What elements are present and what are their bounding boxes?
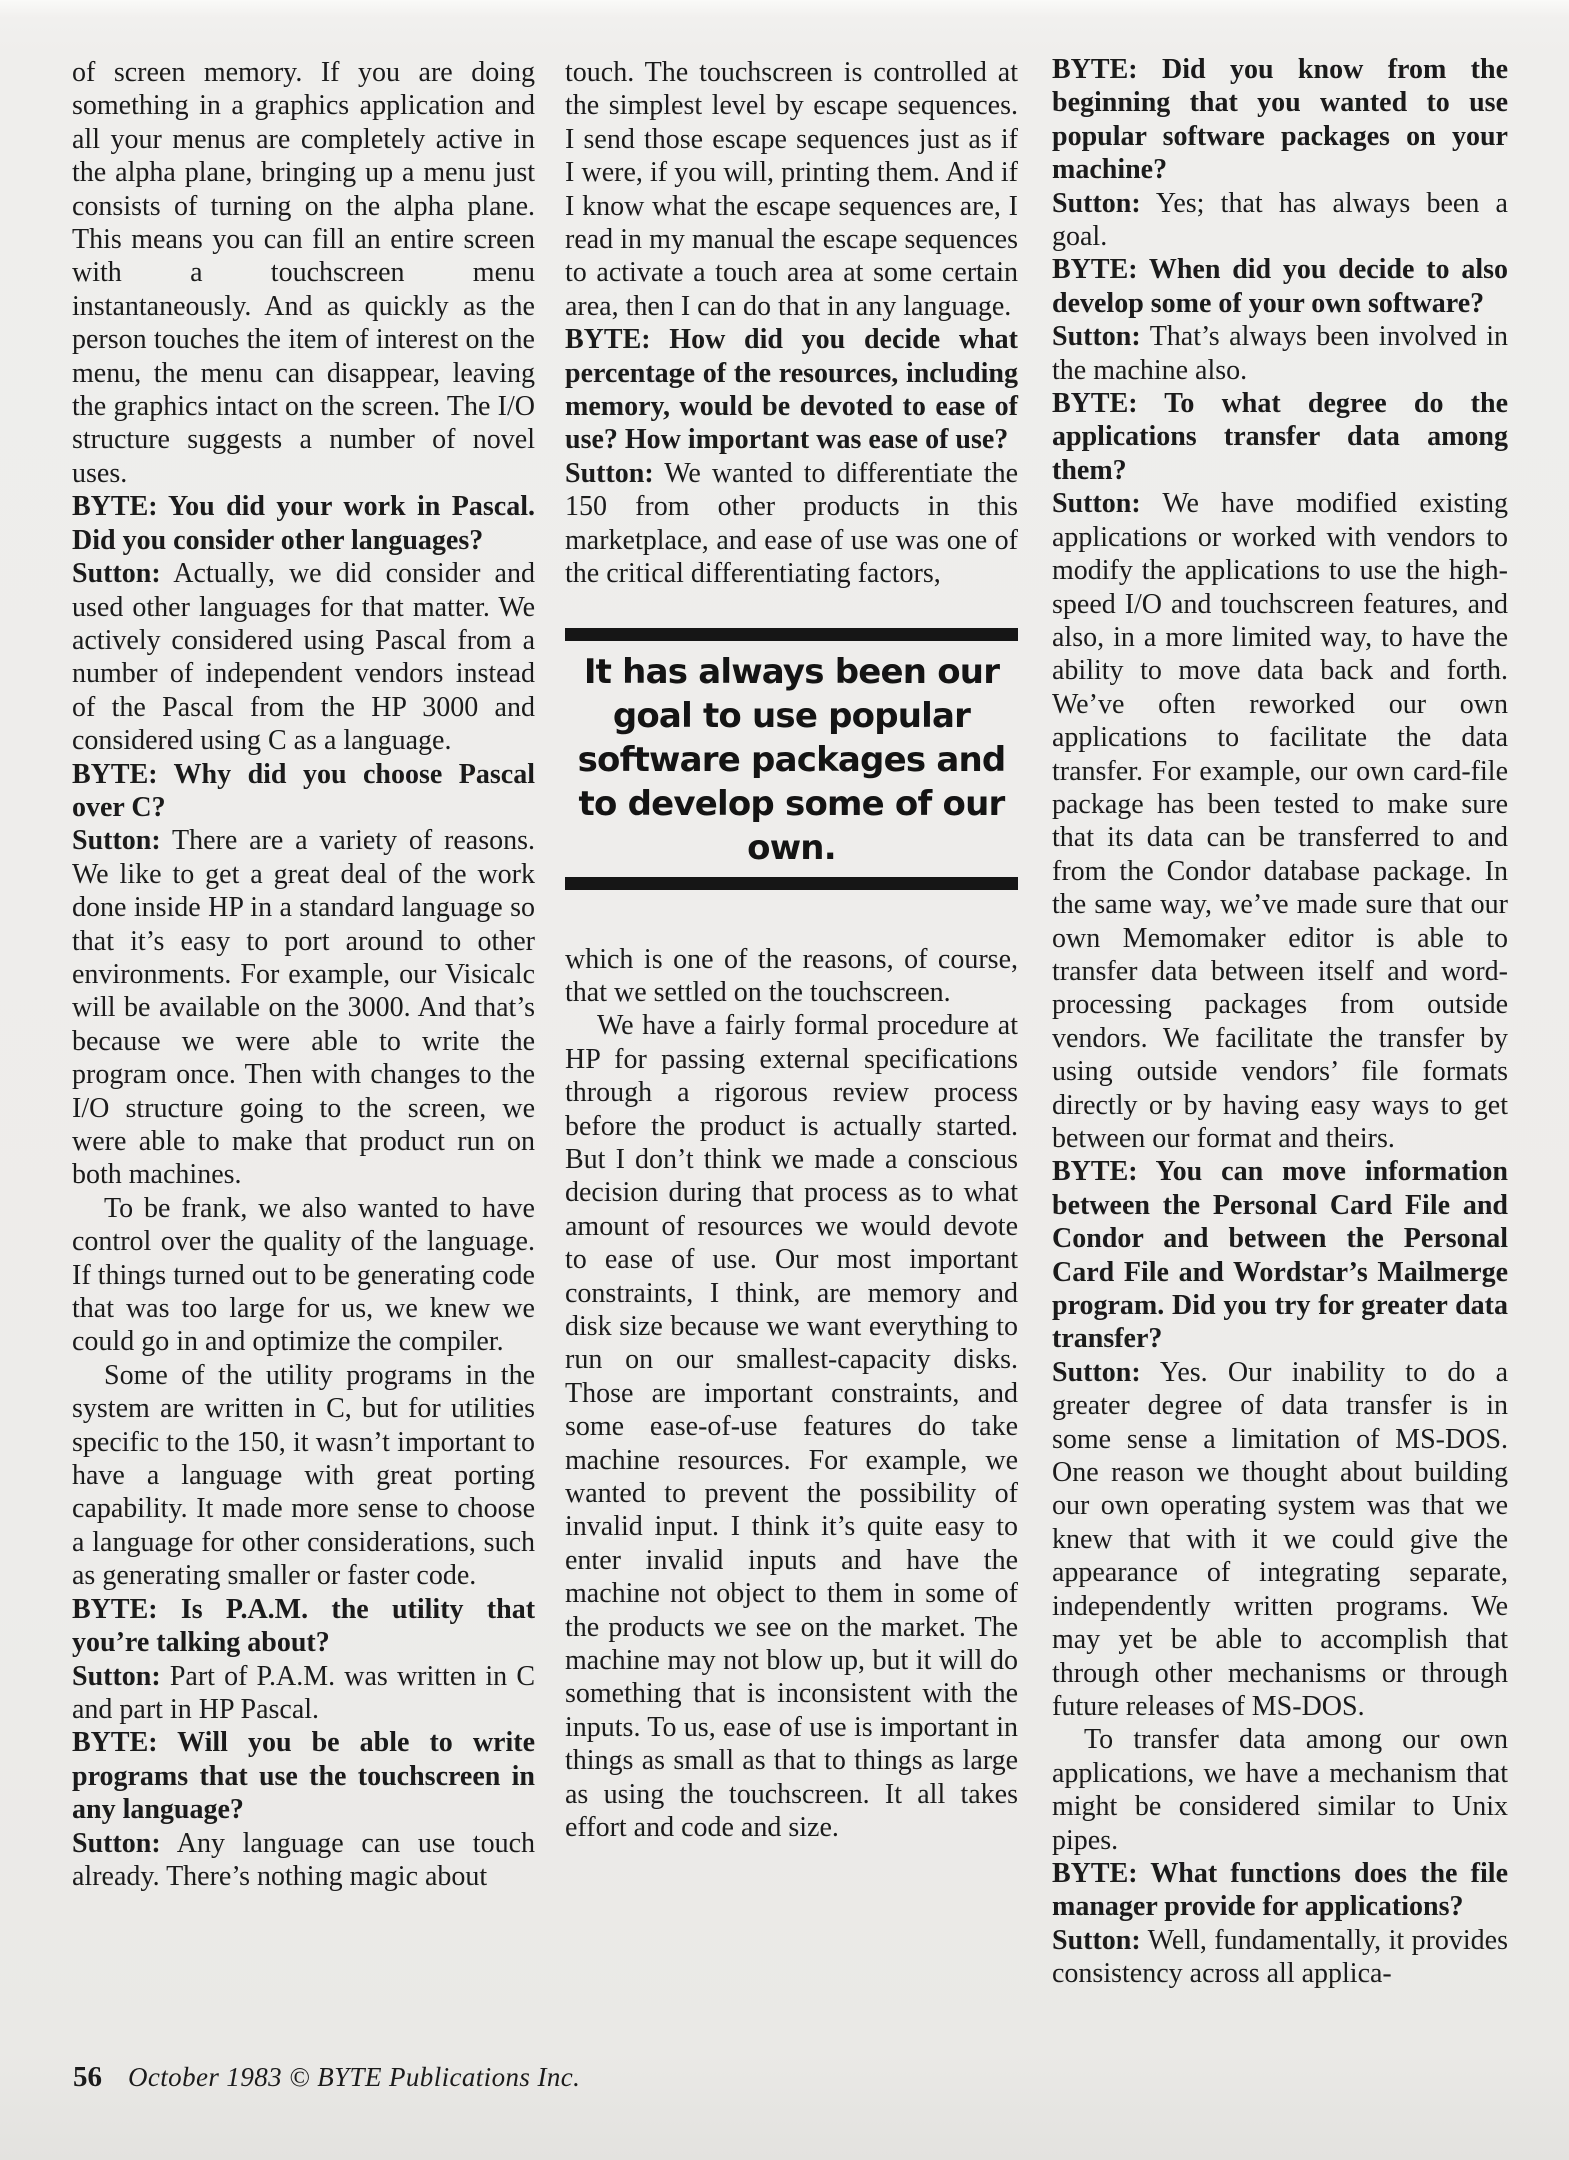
speaker-label: Sutton: — [72, 1828, 161, 1859]
question-paragraph: BYTE: Will you be able to write programs… — [72, 1726, 535, 1826]
column-3: BYTE: Did you know from the beginning th… — [1052, 53, 1508, 1991]
speaker-label: BYTE: — [72, 759, 158, 790]
paragraph-text: To be frank, we also wanted to have cont… — [72, 1193, 535, 1358]
question-paragraph: BYTE: You did your work in Pascal. Did y… — [72, 490, 535, 557]
paragraph-text: of screen memory. If you are doing somet… — [72, 57, 535, 489]
answer-paragraph: Sutton: Any language can use touch alrea… — [72, 1827, 535, 1894]
speaker-label: BYTE: — [1052, 1858, 1138, 1889]
answer-paragraph: Sutton: There are a variety of reasons. … — [72, 824, 535, 1191]
answer-paragraph: Sutton: We wanted to differentiate the 1… — [565, 457, 1018, 591]
plain-paragraph: We have a fairly formal procedure at HP … — [565, 1009, 1018, 1844]
column-2: touch. The touchscreen is controlled at … — [565, 56, 1018, 1844]
speaker-label: BYTE: — [72, 491, 158, 522]
speaker-label: BYTE: — [1052, 54, 1138, 85]
question-paragraph: BYTE: Did you know from the beginning th… — [1052, 53, 1508, 187]
question-paragraph: BYTE: You can move information between t… — [1052, 1155, 1508, 1355]
speaker-label: Sutton: — [72, 558, 161, 589]
plain-paragraph: To be frank, we also wanted to have cont… — [72, 1192, 535, 1359]
speaker-label: Sutton: — [1052, 1357, 1141, 1388]
speaker-label: BYTE: — [72, 1727, 158, 1758]
plain-paragraph: To transfer data among our own applicati… — [1052, 1723, 1508, 1857]
plain-paragraph: touch. The touchscreen is controlled at … — [565, 56, 1018, 323]
speaker-label: Sutton: — [1052, 1925, 1141, 1956]
question-paragraph: BYTE: What functions does the file manag… — [1052, 1857, 1508, 1924]
pull-quote: It has always been ourgoal to use popula… — [565, 628, 1018, 890]
speaker-label: BYTE: — [565, 324, 651, 355]
plain-paragraph: of screen memory. If you are doing somet… — [72, 56, 535, 490]
pull-quote-line: software packages and — [565, 738, 1018, 782]
answer-paragraph: Sutton: Actually, we did consider and us… — [72, 557, 535, 757]
paragraph-text: touch. The touchscreen is controlled at … — [565, 57, 1018, 322]
paragraph-text: which is one of the reasons, of course, … — [565, 944, 1018, 1008]
question-paragraph: BYTE: How did you decide what percentage… — [565, 323, 1018, 457]
answer-paragraph: Sutton: Yes. Our inability to do a great… — [1052, 1356, 1508, 1723]
paragraph-text: Some of the utility programs in the syst… — [72, 1360, 535, 1591]
page-number: 56 — [73, 2061, 102, 2093]
speaker-label: Sutton: — [72, 825, 161, 856]
paragraph-text: We have modified existing applications o… — [1052, 488, 1508, 1154]
speaker-label: BYTE: — [1052, 388, 1138, 419]
speaker-label: Sutton: — [1052, 321, 1141, 352]
answer-paragraph: Sutton: Part of P.A.M. was written in C … — [72, 1660, 535, 1727]
speaker-label: BYTE: — [1052, 1156, 1138, 1187]
page-footer: 56October 1983 © BYTE Publications Inc. — [73, 2061, 580, 2093]
question-paragraph: BYTE: Why did you choose Pascal over C? — [72, 758, 535, 825]
pull-quote-line: It has always been our — [565, 650, 1018, 694]
plain-paragraph: Some of the utility programs in the syst… — [72, 1359, 535, 1593]
paragraph-text: To transfer data among our own applicati… — [1052, 1724, 1508, 1855]
paragraph-text: We have a fairly formal procedure at HP … — [565, 1010, 1018, 1843]
pull-quote-line: goal to use popular — [565, 694, 1018, 738]
plain-paragraph: which is one of the reasons, of course, … — [565, 943, 1018, 1010]
speaker-label: Sutton: — [1052, 488, 1141, 519]
paragraph-text: There are a variety of reasons. We like … — [72, 825, 535, 1190]
column-1: of screen memory. If you are doing somet… — [72, 56, 535, 1893]
question-paragraph: BYTE: When did you decide to also develo… — [1052, 253, 1508, 320]
answer-paragraph: Sutton: Well, fundamentally, it provides… — [1052, 1924, 1508, 1991]
pull-quote-line: own. — [565, 826, 1018, 870]
question-paragraph: BYTE: Is P.A.M. the utility that you’re … — [72, 1593, 535, 1660]
speaker-label: BYTE: — [72, 1594, 158, 1625]
question-paragraph: BYTE: To what degree do the applications… — [1052, 387, 1508, 487]
paragraph-text: Yes. Our inability to do a greater degre… — [1052, 1357, 1508, 1722]
answer-paragraph: Sutton: That’s always been involved in t… — [1052, 320, 1508, 387]
answer-paragraph: Sutton: We have modified existing applic… — [1052, 487, 1508, 1155]
answer-paragraph: Sutton: Yes; that has always been a goal… — [1052, 187, 1508, 254]
speaker-label: Sutton: — [1052, 188, 1141, 219]
speaker-label: Sutton: — [72, 1661, 161, 1692]
footer-credit: October 1983 © BYTE Publications Inc. — [128, 2062, 580, 2092]
speaker-label: Sutton: — [565, 458, 654, 489]
pull-quote-line: to develop some of our — [565, 782, 1018, 826]
speaker-label: BYTE: — [1052, 254, 1138, 285]
